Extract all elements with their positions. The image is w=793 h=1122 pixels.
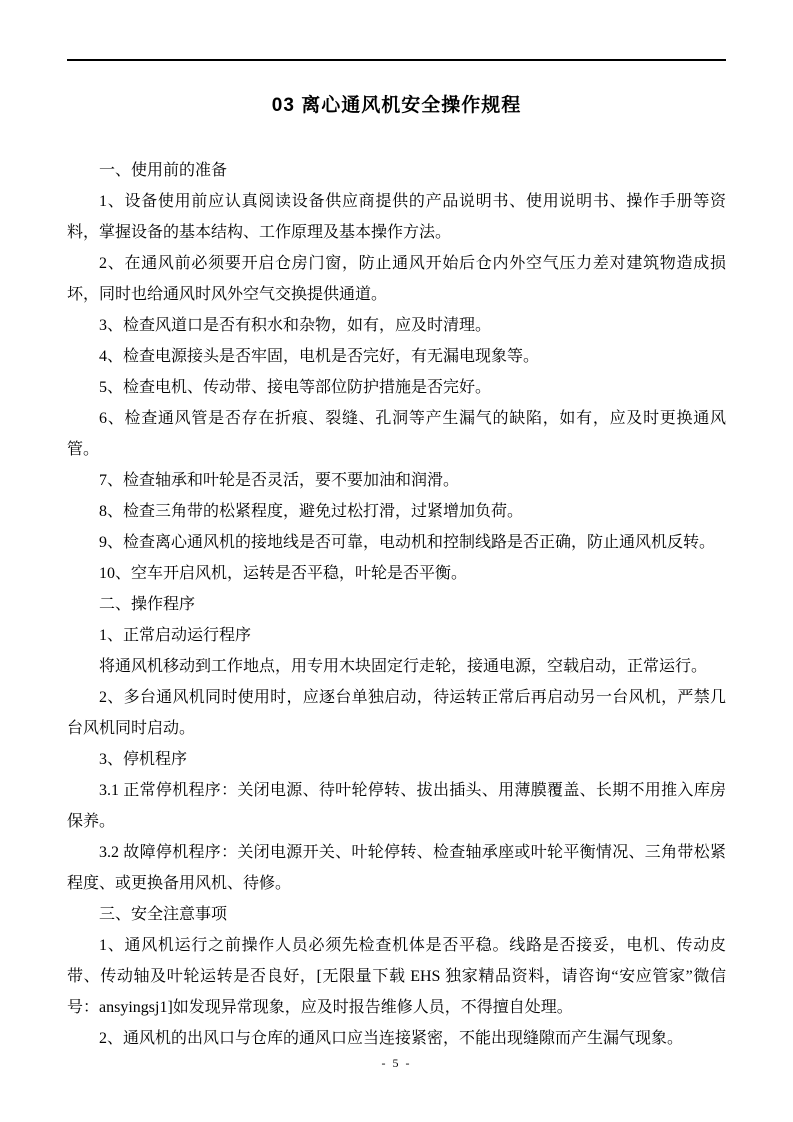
- section-2-item-6: 3.2 故障停机程序：关闭电源开关、叶轮停转、检查轴承座或叶轮平衡情况、三角带松…: [67, 837, 726, 899]
- section-2-item-2: 将通风机移动到工作地点，用专用木块固定行走轮，接通电源，空载启动，正常运行。: [67, 651, 726, 682]
- section-2-item-1: 1、正常启动运行程序: [67, 620, 726, 651]
- section-1-item-9: 9、检查离心通风机的接地线是否可靠，电动机和控制线路是否正确，防止通风机反转。: [67, 527, 726, 558]
- section-1-item-10: 10、空车开启风机，运转是否平稳，叶轮是否平衡。: [67, 558, 726, 589]
- section-3-item-2: 2、通风机的出风口与仓库的通风口应当连接紧密，不能出现缝隙而产生漏气现象。: [67, 1023, 726, 1054]
- page-number: - 5 -: [0, 1056, 793, 1071]
- section-3-item-1: 1、通风机运行之前操作人员必须先检查机体是否平稳。线路是否接妥，电机、传动皮带、…: [67, 930, 726, 1023]
- section-1-item-8: 8、检查三角带的松紧程度，避免过松打滑，过紧增加负荷。: [67, 496, 726, 527]
- section-3-heading: 三、安全注意事项: [67, 899, 726, 930]
- section-2-item-4: 3、停机程序: [67, 744, 726, 775]
- header-rule: [67, 59, 726, 61]
- section-1-item-3: 3、检查风道口是否有积水和杂物，如有，应及时清理。: [67, 310, 726, 341]
- section-2-item-5: 3.1 正常停机程序：关闭电源、待叶轮停转、拔出插头、用薄膜覆盖、长期不用推入库…: [67, 775, 726, 837]
- section-1-item-2: 2、在通风前必须要开启仓房门窗，防止通风开始后仓内外空气压力差对建筑物造成损坏，…: [67, 248, 726, 310]
- section-1-item-5: 5、检查电机、传动带、接电等部位防护措施是否完好。: [67, 372, 726, 403]
- section-1-heading: 一、使用前的准备: [67, 155, 726, 186]
- document-page: 03 离心通风机安全操作规程 一、使用前的准备 1、设备使用前应认真阅读设备供应…: [0, 0, 793, 1122]
- section-1-item-4: 4、检查电源接头是否牢固，电机是否完好，有无漏电现象等。: [67, 341, 726, 372]
- document-body: 一、使用前的准备 1、设备使用前应认真阅读设备供应商提供的产品说明书、使用说明书…: [67, 155, 726, 1054]
- section-1-item-1: 1、设备使用前应认真阅读设备供应商提供的产品说明书、使用说明书、操作手册等资料，…: [67, 186, 726, 248]
- section-2-item-3: 2、多台通风机同时使用时，应逐台单独启动，待运转正常后再启动另一台风机，严禁几台…: [67, 682, 726, 744]
- section-2-heading: 二、操作程序: [67, 589, 726, 620]
- section-1-item-6: 6、检查通风管是否存在折痕、裂缝、孔洞等产生漏气的缺陷，如有，应及时更换通风管。: [67, 403, 726, 465]
- section-1-item-7: 7、检查轴承和叶轮是否灵活，要不要加油和润滑。: [67, 465, 726, 496]
- page-title: 03 离心通风机安全操作规程: [0, 90, 793, 117]
